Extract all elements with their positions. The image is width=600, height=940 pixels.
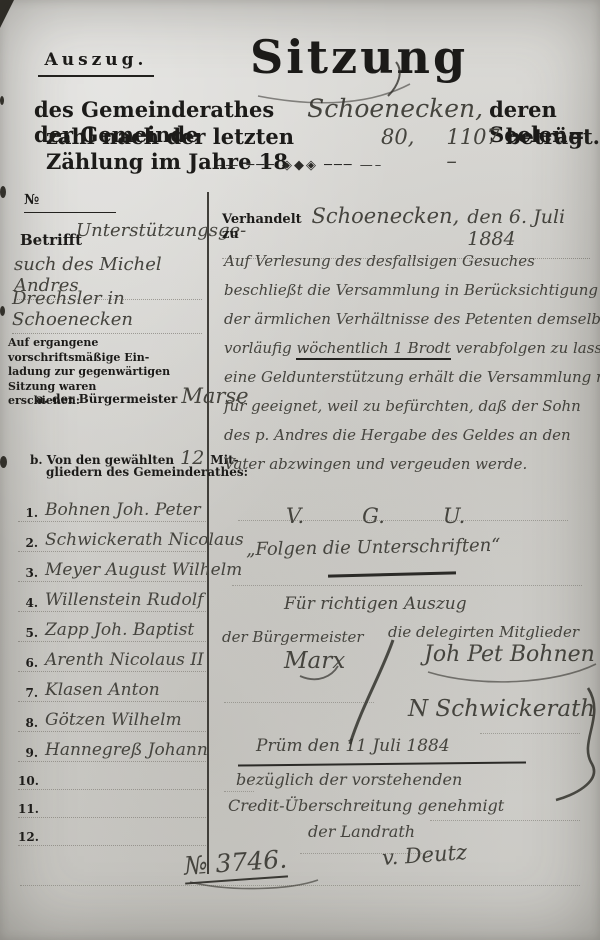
subtitle-line2-post: beträgt. <box>506 124 600 149</box>
verhandelt-row: Verhandelt zu Schoenecken, den 6. Juli 1… <box>222 204 590 259</box>
resolution-line: beschließt die Versammlung in Berücksich… <box>224 281 594 310</box>
member-list: 1. Bohnen Joh. Peter 2. Schwickerath Nic… <box>18 492 206 846</box>
vgu-u: U. <box>443 504 465 528</box>
verhandelt-label: Verhandelt zu <box>222 212 303 242</box>
member-row-empty: 10. <box>18 762 206 790</box>
folgen-underline-rule <box>328 571 456 577</box>
ruled-dotted-line <box>430 820 580 821</box>
member-row: 4. Willenstein Rudolf <box>18 582 206 612</box>
member-row: 8. Götzen Wilhelm <box>18 702 206 732</box>
member-number: 3. <box>18 566 38 580</box>
member-name: Arenth Nicolaus II <box>45 650 204 670</box>
member-number: 2. <box>18 536 38 550</box>
certification-line: Für richtigen Auszug <box>284 594 467 614</box>
resolution-line4-post: verabfolgen zu lassen, <box>451 339 600 357</box>
member-number: 6. <box>18 656 38 670</box>
betrifft-handwritten-line3: Drechsler in Schoenecken <box>12 288 202 334</box>
member-name: Klasen Anton <box>45 680 160 700</box>
resolution-line: Auf Verlesung des desfallsigen Gesuches <box>224 252 594 281</box>
resolution-line: der ärmlichen Verhältnisse des Petenten … <box>224 310 594 339</box>
delegierte-signature-label: die delegirten Mitglieder <box>388 623 579 641</box>
torn-corner-mark <box>0 0 14 28</box>
member-number: 10. <box>18 774 39 788</box>
member-name: Bohnen Joh. Peter <box>45 500 201 520</box>
auszug-label: Auszug. <box>38 50 154 77</box>
resolution-line: Vater abzwingen und vergeuden werde. <box>224 455 594 484</box>
member-name: Willenstein Rudolf <box>45 590 204 610</box>
edge-speck <box>0 456 7 468</box>
member-row: 6. Arenth Nicolaus II <box>18 642 206 672</box>
buergermeister-row: a. der Bürgermeister Marse <box>36 384 249 408</box>
signature-landrath: v. Deutz <box>381 840 467 870</box>
member-row: 5. Zapp Joh. Baptist <box>18 612 206 642</box>
genehmigung-line1: bezüglich der vorstehenden <box>236 770 462 789</box>
signature-member-schwickerath: N Schwickerath <box>408 696 595 722</box>
ornament-divider: –— ─── ◈◆◈ ─── —– <box>0 158 600 173</box>
pen-slash-stroke <box>350 640 393 744</box>
vgu-v: V. <box>286 504 304 528</box>
member-name: Meyer August Wilhelm <box>45 560 242 580</box>
folgen-unterschriften-note: „Folgen die Unterschriften“ <box>246 535 501 560</box>
edge-speck <box>0 306 5 316</box>
landrath-label: der Landrath <box>308 822 415 841</box>
member-number: 5. <box>18 626 38 640</box>
members-heading-line2: gliedern des Gemeinderathes: <box>46 465 248 479</box>
betrifft-label: Betrifft <box>20 231 82 249</box>
member-name: Zapp Joh. Baptist <box>45 620 194 640</box>
pruem-date-line: Prüm den 11 Juli 1884 <box>256 736 450 756</box>
ruled-dotted-line <box>300 853 430 854</box>
resolution-line4-pre: vorläufig <box>224 339 296 357</box>
edge-speck <box>0 96 4 105</box>
resolution-line: des p. Andres die Hergabe des Geldes an … <box>224 426 594 455</box>
resolution-paragraph: Auf Verlesung des desfallsigen Gesuches … <box>224 252 594 484</box>
ruled-dotted-line <box>224 791 254 792</box>
member-name: Schwickerath Nicolaus <box>45 530 244 550</box>
member-name: Hannegreß Johann <box>45 740 208 760</box>
scanned-minutes-document: Auszug. Sitzung des Gemeinderathes der G… <box>0 0 600 940</box>
buergermeister-signature-label: der Bürgermeister <box>222 628 364 646</box>
member-number: 7. <box>18 686 38 700</box>
ruled-dotted-line <box>480 733 580 734</box>
member-row: 2. Schwickerath Nicolaus <box>18 522 206 552</box>
year-handwritten: 80, <box>381 125 414 149</box>
datum-handwritten: den 6. Juli 1884 <box>467 206 590 250</box>
pruem-underline-rule <box>238 761 526 766</box>
ruled-dotted-line <box>224 702 374 703</box>
resolution-line4-underlined: wöchentlich 1 Brodt <box>296 339 450 360</box>
number-field-label: № <box>24 192 116 213</box>
member-name: Götzen Wilhelm <box>45 710 182 730</box>
signature-buergermeister: Marx <box>284 648 345 674</box>
member-row-empty: 12. <box>18 818 206 846</box>
resolution-line: eine Geldunterstützung erhält die Versam… <box>224 368 594 397</box>
member-row: 3. Meyer August Wilhelm <box>18 552 206 582</box>
genehmigung-line2: Credit-Überschreitung genehmigt <box>228 796 504 815</box>
ort-handwritten: Schoenecken, <box>311 204 459 228</box>
member-row: 7. Klasen Anton <box>18 672 206 702</box>
edge-speck <box>0 186 6 198</box>
member-number: 1. <box>18 506 38 520</box>
resolution-line: für geeignet, weil zu befürchten, daß de… <box>224 397 594 426</box>
signature-member-bohnen: Joh Pet Bohnen <box>424 642 595 667</box>
member-row: 1. Bohnen Joh. Peter <box>18 492 206 522</box>
member-row: 9. Hannegreß Johann <box>18 732 206 762</box>
member-number: 8. <box>18 716 38 730</box>
member-number: 4. <box>18 596 38 610</box>
betrifft-handwritten-line1: Unterstützungsge- <box>76 220 246 241</box>
resolution-line-underlined: vorläufig wöchentlich 1 Brodt verabfolge… <box>224 339 594 368</box>
vgu-g: G. <box>362 504 385 528</box>
member-number: 11. <box>18 802 39 816</box>
buergermeister-label: a. der Bürgermeister <box>36 392 177 406</box>
ruled-dotted-line <box>20 885 580 886</box>
document-title: Sitzung <box>250 30 468 84</box>
ruled-dotted-line <box>238 520 568 521</box>
member-number: 9. <box>18 746 38 760</box>
member-row-empty: 11. <box>18 790 206 818</box>
member-number: 12. <box>18 830 39 844</box>
vgu-abbreviation: V. G. U. <box>286 504 465 528</box>
file-number: № 3746. <box>183 844 288 884</box>
ruled-dotted-line <box>232 585 582 586</box>
gemeinde-handwritten: Schoenecken, <box>307 94 483 123</box>
